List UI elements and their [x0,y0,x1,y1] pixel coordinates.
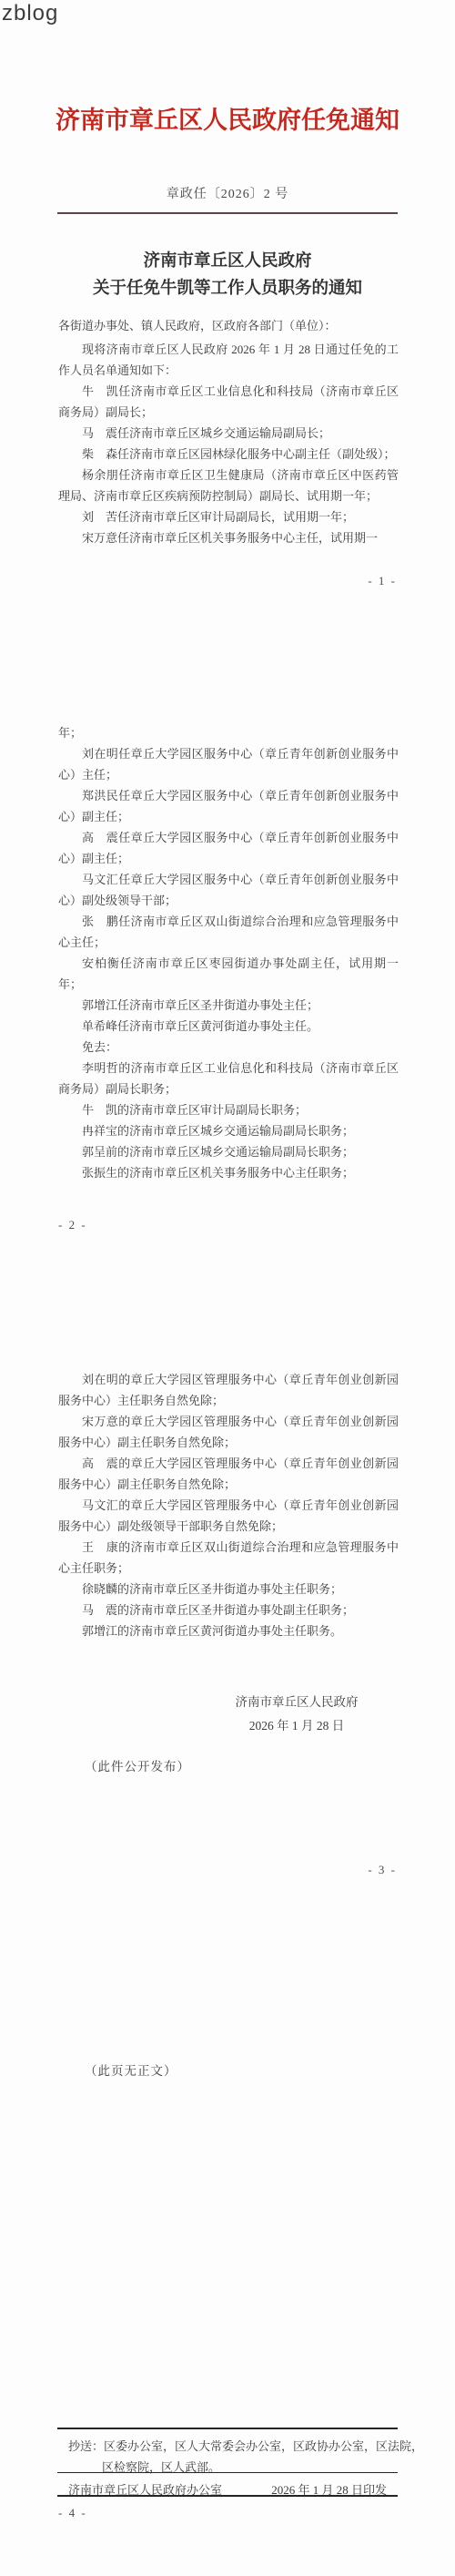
body-paragraph: 免去： [58,1037,399,1058]
footer-rule-top [57,2428,398,2429]
body-paragraph: 张振生的济南市章丘区机关事务服务中心主任职务； [58,1162,399,1183]
body-paragraph: 现将济南市章丘区人民政府 2026 年 1 月 28 日通过任免的工作人员名单通… [58,339,399,381]
site-logo[interactable]: zblog [2,1,58,26]
signature-date: 2026 年 1 月 28 日 [197,1714,397,1738]
body-paragraph-continuation: 年； [58,722,399,743]
signature-block: 济南市章丘区人民政府 2026 年 1 月 28 日 [197,1691,397,1738]
document-title-line1: 济南市章丘区人民政府 [0,248,455,275]
body-paragraph: 宋万意任济南市章丘区机关事务服务中心主任，试用期一 [58,527,399,548]
document-page-3-body: 刘在明的章丘大学园区管理服务中心（章丘青年创业创新园服务中心）主任职务自然免除；… [58,1369,399,1641]
body-paragraph: 郑洪民任章丘大学园区服务中心（章丘青年创新创业服务中心）副主任； [58,785,399,827]
body-paragraph: 马文汇的章丘大学园区管理服务中心（章丘青年创业创新园服务中心）副处级领导干部职务… [58,1495,399,1537]
body-paragraph: 马文汇任章丘大学园区服务中心（章丘青年创新创业服务中心）副处级领导干部； [58,869,399,911]
body-paragraph: 牛 凯任济南市章丘区工业信息化和科技局（济南市章丘区商务局）副局长； [58,381,399,423]
body-paragraph: 杨余朋任济南市章丘区卫生健康局（济南市章丘区中医药管理局、济南市章丘区疾病预防控… [58,465,399,506]
document-title-line2: 关于任免牛凯等工作人员职务的通知 [0,275,455,302]
document-page-2-body: 年； 刘在明任章丘大学园区服务中心（章丘青年创新创业服务中心）主任； 郑洪民任章… [58,722,399,1183]
body-paragraph: 刘 苦任济南市章丘区审计局副局长，试用期一年； [58,506,399,527]
body-paragraph: 安柏衡任济南市章丘区枣园街道办事处副主任，试用期一年； [58,953,399,995]
salutation-line: 各街道办事处、镇人民政府，区政府各部门（单位）： [58,316,399,333]
body-paragraph: 刘在明任章丘大学园区服务中心（章丘青年创新创业服务中心）主任； [58,743,399,785]
body-paragraph: 高 震的章丘大学园区管理服务中心（章丘青年创业创新园服务中心）副主任职务自然免除… [58,1453,399,1495]
body-paragraph: 郭增江任济南市章丘区圣井街道办事处主任； [58,995,399,1016]
page-number-3: - 3 - [368,1863,397,1877]
page-number-4: - 4 - [58,2506,87,2520]
body-paragraph: 王 康的济南市章丘区双山街道综合治理和应急管理服务中心主任职务； [58,1537,399,1579]
body-paragraph: 徐晓麟的济南市章丘区圣井街道办事处主任职务； [58,1579,399,1600]
page-canvas: zblog 济南市章丘区人民政府任免通知 章政任〔2026〕2 号 济南市章丘区… [0,0,455,2576]
body-paragraph: 马 震的济南市章丘区圣井街道办事处副主任职务； [58,1600,399,1620]
body-paragraph: 郭呈前的济南市章丘区城乡交通运输局副局长职务； [58,1141,399,1162]
body-paragraph: 张 鹏任济南市章丘区双山街道综合治理和应急管理服务中心主任； [58,911,399,953]
footer-rule-bottom [57,2495,398,2497]
document-title: 济南市章丘区人民政府 关于任免牛凯等工作人员职务的通知 [0,248,455,302]
signature-organization: 济南市章丘区人民政府 [197,1691,397,1714]
page-number-1: - 1 - [368,574,397,588]
document-banner-title: 济南市章丘区人民政府任免通知 [0,100,455,136]
footer-rule-middle [57,2472,398,2473]
body-paragraph: 李明哲的济南市章丘区工业信息化和科技局（济南市章丘区商务局）副局长职务； [58,1058,399,1099]
header-separator-rule [57,212,398,214]
page-number-2: - 2 - [58,1218,87,1232]
body-paragraph: 刘在明的章丘大学园区管理服务中心（章丘青年创业创新园服务中心）主任职务自然免除； [58,1369,399,1411]
body-paragraph: 柴 森任济南市章丘区园林绿化服务中心副主任（副处级）； [58,444,399,465]
public-release-note: （此件公开发布） [85,1756,190,1774]
body-paragraph: 宋万意的章丘大学园区管理服务中心（章丘青年创业创新园服务中心）副主任职务自然免除… [58,1411,399,1453]
body-paragraph: 牛 凯的济南市章丘区审计局副局长职务； [58,1099,399,1120]
body-paragraph: 郭增江的济南市章丘区黄河街道办事处主任职务。 [58,1620,399,1641]
no-text-on-page-note: （此页无正文） [85,2060,177,2079]
body-paragraph: 单希峰任济南市章丘区黄河街道办事处主任。 [58,1016,399,1037]
document-number: 章政任〔2026〕2 号 [0,184,455,202]
body-paragraph: 高 震任章丘大学园区服务中心（章丘青年创新创业服务中心）副主任； [58,827,399,869]
body-paragraph: 冉祥宝的济南市章丘区城乡交通运输局副局长职务； [58,1120,399,1141]
cc-list-line1: 抄送：区委办公室，区人大常委会办公室，区政协办公室，区法院， [68,2437,423,2454]
body-paragraph: 马 震任济南市章丘区城乡交通运输局副局长； [58,423,399,444]
document-page-1-body: 现将济南市章丘区人民政府 2026 年 1 月 28 日通过任免的工作人员名单通… [58,339,399,548]
